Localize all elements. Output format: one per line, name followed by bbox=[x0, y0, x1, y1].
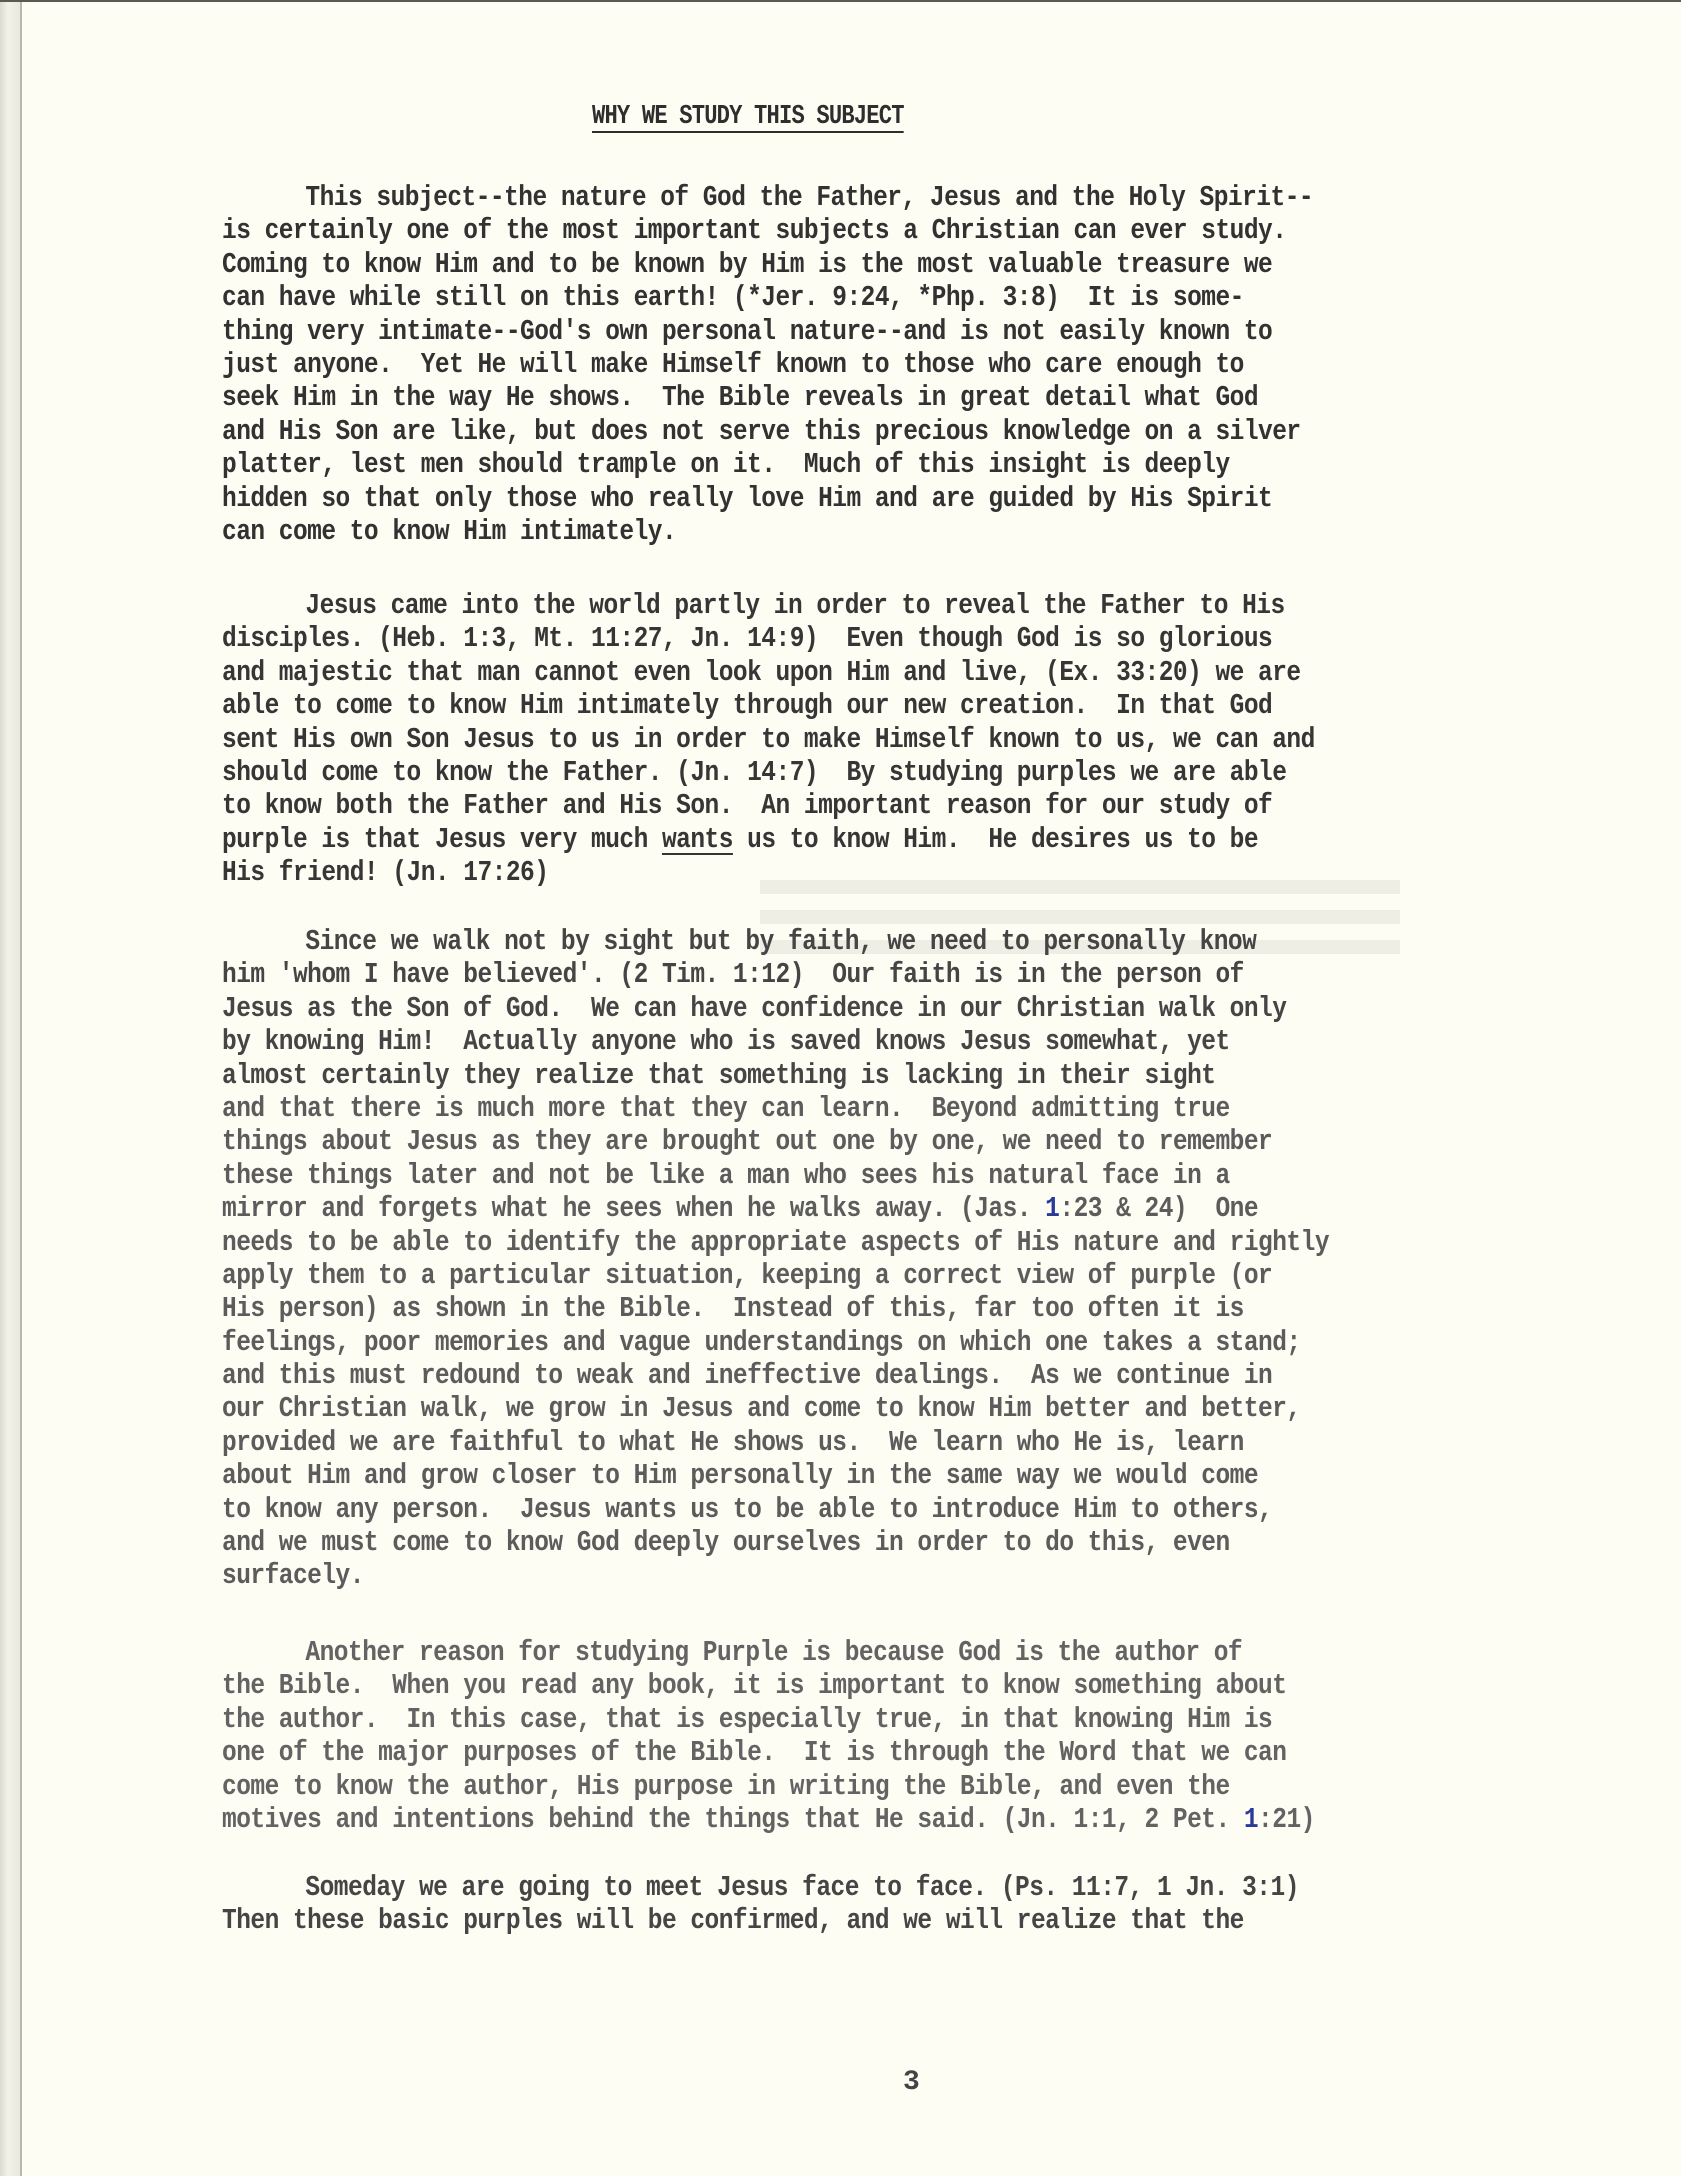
text-line: just anyone. Yet He will make Himself kn… bbox=[222, 348, 1426, 381]
text-line: our Christian walk, we grow in Jesus and… bbox=[222, 1392, 1426, 1425]
text-line: Then these basic purples will be confirm… bbox=[222, 1904, 1426, 1937]
text-line: purple is that Jesus very much wants us … bbox=[222, 823, 1426, 856]
paragraph-5: Someday we are going to meet Jesus face … bbox=[222, 1871, 1622, 1938]
text-line: needs to be able to identify the appropr… bbox=[222, 1226, 1426, 1259]
text-line: disciples. (Heb. 1:3, Mt. 11:27, Jn. 14:… bbox=[222, 622, 1426, 655]
text-line: the author. In this case, that is especi… bbox=[222, 1703, 1426, 1736]
text-line: able to come to know Him intimately thro… bbox=[222, 689, 1426, 722]
handwritten-correction: 1 bbox=[1244, 1803, 1258, 1836]
text-line: His friend! (Jn. 17:26) bbox=[222, 856, 1426, 889]
text-line: and that there is much more that they ca… bbox=[222, 1092, 1426, 1125]
text-line: thing very intimate--God's own personal … bbox=[222, 315, 1426, 348]
paragraph-3: Since we walk not by sight but by faith,… bbox=[222, 925, 1622, 1593]
paragraph-1: This subject--the nature of God the Fath… bbox=[222, 181, 1622, 548]
text-line: is certainly one of the most important s… bbox=[222, 214, 1426, 247]
text-line: motives and intentions behind the things… bbox=[222, 1803, 1426, 1836]
text-line: hidden so that only those who really lov… bbox=[222, 482, 1426, 515]
text-line: Jesus came into the world partly in orde… bbox=[222, 589, 1426, 622]
text-segment: :23 & 24) One bbox=[1059, 1192, 1258, 1225]
text-line: to know any person. Jesus wants us to be… bbox=[222, 1493, 1426, 1526]
text-line: can come to know Him intimately. bbox=[222, 515, 1426, 548]
text-line: and this must redound to weak and ineffe… bbox=[222, 1359, 1426, 1392]
text-line: Coming to know Him and to be known by Hi… bbox=[222, 248, 1426, 281]
text-line: him 'whom I have believed'. (2 Tim. 1:12… bbox=[222, 958, 1426, 991]
text-segment: mirror and forgets what he sees when he … bbox=[222, 1192, 1045, 1225]
text-line: and His Son are like, but does not serve… bbox=[222, 415, 1426, 448]
text-line: come to know the author, His purpose in … bbox=[222, 1770, 1426, 1803]
text-line: sent His own Son Jesus to us in order to… bbox=[222, 723, 1426, 756]
text-line: surfacely. bbox=[222, 1559, 1426, 1592]
text-line: almost certainly they realize that somet… bbox=[222, 1059, 1426, 1092]
text-line: by knowing Him! Actually anyone who is s… bbox=[222, 1025, 1426, 1058]
text-line: His person) as shown in the Bible. Inste… bbox=[222, 1292, 1426, 1325]
text-line: apply them to a particular situation, ke… bbox=[222, 1259, 1426, 1292]
handwritten-correction: 1 bbox=[1045, 1192, 1059, 1225]
text-line: Someday we are going to meet Jesus face … bbox=[222, 1871, 1426, 1904]
text-line: and we must come to know God deeply ours… bbox=[222, 1526, 1426, 1559]
text-line: Jesus as the Son of God. We can have con… bbox=[222, 992, 1426, 1025]
text-line: the Bible. When you read any book, it is… bbox=[222, 1669, 1426, 1702]
text-segment: :21) bbox=[1258, 1803, 1315, 1836]
page-title: WHY WE STUDY THIS SUBJECT bbox=[592, 102, 904, 132]
text-line: This subject--the nature of God the Fath… bbox=[222, 181, 1426, 214]
text-line: platter, lest men should trample on it. … bbox=[222, 448, 1426, 481]
text-line: and majestic that man cannot even look u… bbox=[222, 656, 1426, 689]
text-line: provided we are faithful to what He show… bbox=[222, 1426, 1426, 1459]
text-line: one of the major purposes of the Bible. … bbox=[222, 1736, 1426, 1769]
text-line: seek Him in the way He shows. The Bible … bbox=[222, 381, 1426, 414]
paragraph-4: Another reason for studying Purple is be… bbox=[222, 1636, 1622, 1836]
text-line: about Him and grow closer to Him persona… bbox=[222, 1459, 1426, 1492]
text-line: feelings, poor memories and vague unders… bbox=[222, 1326, 1426, 1359]
document-page: WHY WE STUDY THIS SUBJECT This subject--… bbox=[0, 0, 1681, 2176]
text-line: should come to know the Father. (Jn. 14:… bbox=[222, 756, 1426, 789]
page-number: 3 bbox=[903, 2067, 920, 2098]
text-line: to know both the Father and His Son. An … bbox=[222, 789, 1426, 822]
text-line: things about Jesus as they are brought o… bbox=[222, 1125, 1426, 1158]
underlined-word: wants bbox=[662, 823, 733, 856]
text-line: Another reason for studying Purple is be… bbox=[222, 1636, 1426, 1669]
text-line: these things later and not be like a man… bbox=[222, 1159, 1426, 1192]
text-segment: motives and intentions behind the things… bbox=[222, 1803, 1244, 1836]
paragraph-2: Jesus came into the world partly in orde… bbox=[222, 589, 1622, 890]
text-line: mirror and forgets what he sees when he … bbox=[222, 1192, 1426, 1225]
text-segment: us to know Him. He desires us to be bbox=[733, 823, 1258, 856]
text-line: can have while still on this earth! (*Je… bbox=[222, 281, 1426, 314]
text-line: Since we walk not by sight but by faith,… bbox=[222, 925, 1426, 958]
text-segment: purple is that Jesus very much bbox=[222, 823, 662, 856]
